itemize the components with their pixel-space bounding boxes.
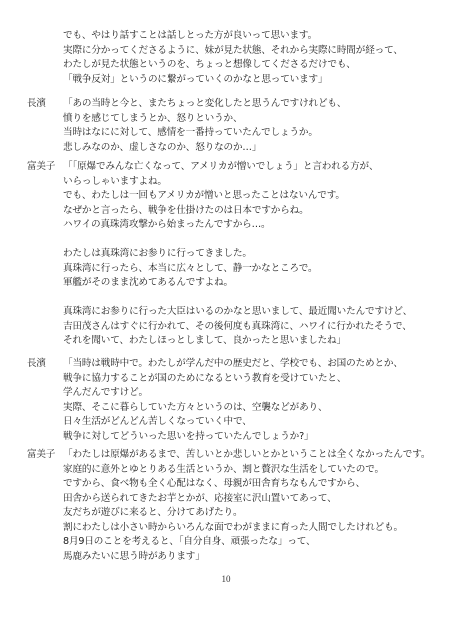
text-line: 戦争に対してどういった思いを持っていたんでしょうか?」 xyxy=(63,430,447,445)
text-line: 友だちが遊びに来ると、分けてあげたり。 xyxy=(63,506,447,521)
text-line: なぜかと言ったら、戦争を仕掛けたのは日本ですからね。 xyxy=(63,204,447,219)
page-number: 10 xyxy=(0,574,452,584)
paragraph-gap xyxy=(63,291,447,306)
text-line: わたしが見た状態というのを、ちょっと想像してくださるだけでも、 xyxy=(63,58,447,73)
speaker-label: 長濱 xyxy=(27,357,63,444)
speech-text: 「あの当時と今と、またちょっと変化したと思うんですけれども、 憤りを感じてしまう… xyxy=(63,97,447,155)
text-line: 馬鹿みたいに思う時があります」 xyxy=(63,550,447,565)
text-line: 「「原爆でみんな亡くなって、アメリカが憎いでしょう」と言われる方が、 xyxy=(63,160,447,175)
transcript-block: でも、やはり話すことは話しとった方が良いって思います。 実際に分かってくださるよ… xyxy=(27,29,447,87)
text-line: いらっしゃいますよね。 xyxy=(63,175,447,190)
text-line: 吉田茂さんはすぐに行かれて、その後何度も真珠湾に、ハワイに行かれたそうで、 xyxy=(63,320,447,335)
speech-text: 「当時は戦時中で。わたしが学んだ中の歴史だと、学校でも、お国のためとか、 戦争に… xyxy=(63,357,447,444)
transcript-block: 富美子 「「原爆でみんな亡くなって、アメリカが憎いでしょう」と言われる方が、 い… xyxy=(27,160,447,349)
text-line: 戦争に協力することが国のためになるという教育を受けていたと、 xyxy=(63,372,447,387)
speaker-label xyxy=(27,29,63,87)
speaker-label: 富美子 xyxy=(27,448,63,564)
text-line: 当時はなにに対して、感情を一番持っていたんでしょうか。 xyxy=(63,126,447,141)
speaker-label: 長濱 xyxy=(27,97,63,155)
text-line: 軍艦がそのまま沈めてあるんですよね。 xyxy=(63,276,447,291)
text-line: ですから、食べ物も全く心配はなく、母親が田舎育ちなもんですから、 xyxy=(63,477,447,492)
text-line: 田舎から送られてきたお芋とかが、応接室に沢山置いてあって、 xyxy=(63,492,447,507)
speech-text: でも、やはり話すことは話しとった方が良いって思います。 実際に分かってくださるよ… xyxy=(63,29,447,87)
text-line: でも、わたしは一回もアメリカが憎いと思ったことはないんです。 xyxy=(63,189,447,204)
text-line: それを聞いて、わたしほっとしまして、良かったと思いましたね」 xyxy=(63,334,447,349)
text-line: 「あの当時と今と、またちょっと変化したと思うんですけれども、 xyxy=(63,97,447,112)
text-line: 学んだんですけど。 xyxy=(63,386,447,401)
text-line: 憤りを感じてしまうとか、怒りというか、 xyxy=(63,112,447,127)
text-line: 真珠湾にお参りに行った大臣はいるのかなと思いまして、最近聞いたんですけど、 xyxy=(63,305,447,320)
text-line: 「戦争反対」というのに繋がっていくのかなと思っています」 xyxy=(63,73,447,88)
text-line: 真珠湾に行ったら、本当に広々として、静一かなところで。 xyxy=(63,262,447,277)
text-line: 悲しみなのか、虚しさなのか、怒りなのか…」 xyxy=(63,141,447,156)
text-line: 家庭的に意外とゆとりある生活というか、割と贅沢な生活をしていたので。 xyxy=(63,463,447,478)
paragraph-gap xyxy=(63,233,447,248)
text-line: でも、やはり話すことは話しとった方が良いって思います。 xyxy=(63,29,447,44)
speech-text: 「わたしは原爆があるまで、苦しいとか悲しいとかということは全くなかったんです。 … xyxy=(63,448,447,564)
text-line: 日々生活がどんどん苦しくなっていく中で、 xyxy=(63,415,447,430)
text-line: 実際に分かってくださるように、妹が見た状態、それから実際に時間が経って、 xyxy=(63,44,447,59)
transcript-block: 長濱 「当時は戦時中で。わたしが学んだ中の歴史だと、学校でも、お国のためとか、 … xyxy=(27,357,447,444)
text-line: 割にわたしは小さい時からいろんな面でわがままに育った人間でしたけれども。 xyxy=(63,521,447,536)
text-line: 「当時は戦時中で。わたしが学んだ中の歴史だと、学校でも、お国のためとか、 xyxy=(63,357,447,372)
document-page: でも、やはり話すことは話しとった方が良いって思います。 実際に分かってくださるよ… xyxy=(0,0,452,640)
speaker-label: 富美子 xyxy=(27,160,63,349)
speech-text: 「「原爆でみんな亡くなって、アメリカが憎いでしょう」と言われる方が、 いらっしゃ… xyxy=(63,160,447,349)
transcript-block: 長濱 「あの当時と今と、またちょっと変化したと思うんですけれども、 憤りを感じて… xyxy=(27,97,447,155)
text-line: 8月9日のことを考えると、「自分自身、頑張ったな」って、 xyxy=(63,535,447,550)
text-line: ハワイの真珠湾攻撃から始まったんですから…。 xyxy=(63,218,447,233)
text-line: 「わたしは原爆があるまで、苦しいとか悲しいとかということは全くなかったんです。 xyxy=(63,448,447,463)
text-line: 実際、そこに暮らしていた方々というのは、空襲などがあり、 xyxy=(63,401,447,416)
transcript-block: 富美子 「わたしは原爆があるまで、苦しいとか悲しいとかということは全くなかったん… xyxy=(27,448,447,564)
text-line: わたしは真珠湾にお参りに行ってきました。 xyxy=(63,247,447,262)
